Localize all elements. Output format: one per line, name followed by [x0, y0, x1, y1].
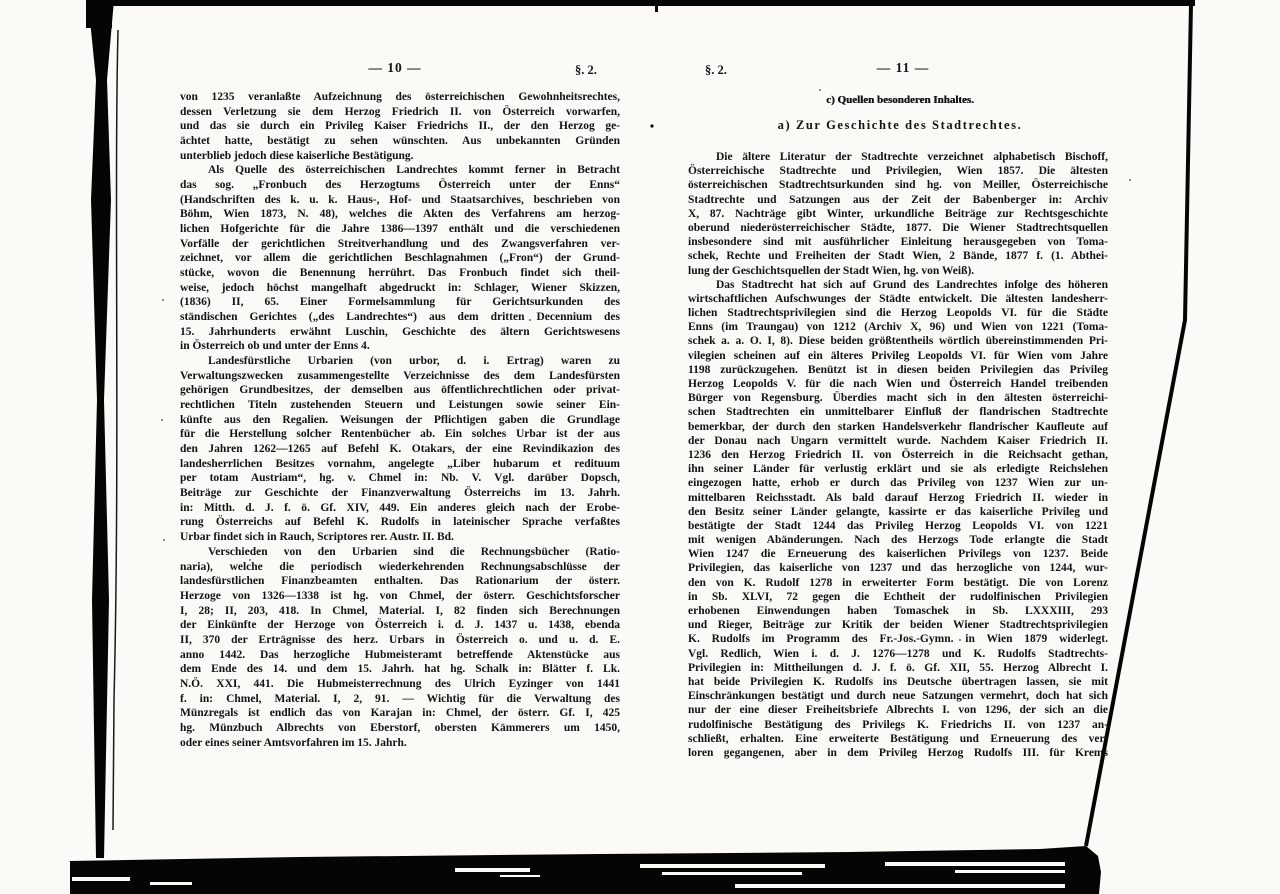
text-line: 1236 den Herzog Friedrich II. von Österr… [688, 448, 1108, 462]
text-line: Einschränkungen bestätigt und durch neue… [688, 689, 1108, 703]
section-marker-right: §. 2. [705, 63, 727, 78]
text-line: der Donau nach Ungarn vermittelt wurde. … [688, 434, 1108, 448]
text-line: Privilegien in: Mittheilungen d. J. f. ö… [688, 661, 1108, 675]
text-line: lichen Stadtrechtsprivilegien sind die H… [688, 306, 1108, 320]
text-line: eingezogen hatte, erhob er durch das Pri… [688, 476, 1108, 490]
text-line: erhobenen Einwendungen haben Tomaschek i… [688, 604, 1108, 618]
text-line: lung der Geschichtsquellen der Stadt Wie… [688, 264, 1108, 278]
text-line: den Besitz seiner Länder gelangte, kassi… [688, 505, 1108, 519]
text-line: vilegien scheinen auf ein älteres Privil… [688, 349, 1108, 363]
page-right: §. 2. — 11 — c) Quellen besonderen Inhal… [0, 0, 1280, 894]
text-line: österreichischen Stadtrechtsurkunden sin… [688, 178, 1108, 192]
text-line: nur der eine dieser Freiheitsbriefe Albr… [688, 703, 1108, 717]
text-line: bemerkbar, der durch den starken Handels… [688, 420, 1108, 434]
text-line: und Rieger, Beiträge zur Kritik der beid… [688, 618, 1108, 632]
text-line: rudolfinische Bestätigung des Privilegs … [688, 718, 1108, 732]
text-line: K. Rudolfs im Programm des Fr.-Jos.-Gymn… [688, 632, 1108, 646]
page-number-right: — 11 — [838, 60, 968, 78]
text-line: Enns (im Traungau) von 1212 (Archiv X, 9… [688, 320, 1108, 334]
text-line: Bürger von Regensburg. Überdies macht si… [688, 391, 1108, 405]
text-line: 1198 zurückzugehen. Benützt ist in diese… [688, 363, 1108, 377]
text-line: schek a. a. O. I, 8). Diese beiden größt… [688, 334, 1108, 348]
text-line: wirtschaftlichen Aufschwunges der Städte… [688, 292, 1108, 306]
page-right-text-column: Die ältere Literatur der Stadtrechte ver… [688, 150, 1108, 760]
text-line: Das Stadtrecht hat sich auf Grund des La… [688, 278, 1108, 292]
text-line: bestätigte der Stadt 1244 das Privileg H… [688, 519, 1108, 533]
text-line: ihn seiner Länder für verlustig erklärt … [688, 462, 1108, 476]
text-line: X, 87. Nachträge gibt Winter, urkundlich… [688, 207, 1108, 221]
text-line: Die ältere Literatur der Stadtrechte ver… [688, 150, 1108, 164]
text-line: mittelbaren Reichsstadt. Als bald darauf… [688, 491, 1108, 505]
text-line: schen Stadtrechten ein unmittelbarer Ein… [688, 405, 1108, 419]
text-line: oberund niederösterreichischer Städte, 1… [688, 221, 1108, 235]
text-line: loren gegangenen, aber in dem Privileg H… [688, 746, 1108, 760]
subsection-heading-a: a) Zur Geschichte des Stadtrechtes. [690, 118, 1110, 133]
text-line: hat beide Privilegien K. Rudolfs ins Deu… [688, 675, 1108, 689]
text-line: Wien 1247 die Erneuerung des kaiserliche… [688, 547, 1108, 561]
text-line: Stadtrechte und Satzungen aus der Zeit d… [688, 193, 1108, 207]
text-line: Österreichische Stadtrechte und Privileg… [688, 164, 1108, 178]
text-line: Herzog Leopolds V. für die nach Wien und… [688, 377, 1108, 391]
scanned-book-spread: — 10 — §. 2. von 1235 veranlaßte Aufzeic… [0, 0, 1280, 894]
text-line: den von K. Rudolf 1278 in erweiterter Fo… [688, 576, 1108, 590]
text-line: in Sb. XLVI, 72 gegen die Echtheit der r… [688, 590, 1108, 604]
text-line: schließt, erhalten. Eine erweiterte Best… [688, 732, 1108, 746]
subsection-heading-c: c) Quellen besonderen Inhaltes. [690, 94, 1110, 106]
text-line: Privilegien, das kaiserliche von 1237 un… [688, 561, 1108, 575]
text-line: schek, Rechte und Freiheiten der Stadt W… [688, 249, 1108, 263]
text-line: insbesondere sind mit ausführlicher Einl… [688, 235, 1108, 249]
text-line: Vgl. Redlich, Wien i. d. J. 1276—1278 un… [688, 647, 1108, 661]
text-line: mit wenigen Abänderungen. Nach des Herzo… [688, 533, 1108, 547]
